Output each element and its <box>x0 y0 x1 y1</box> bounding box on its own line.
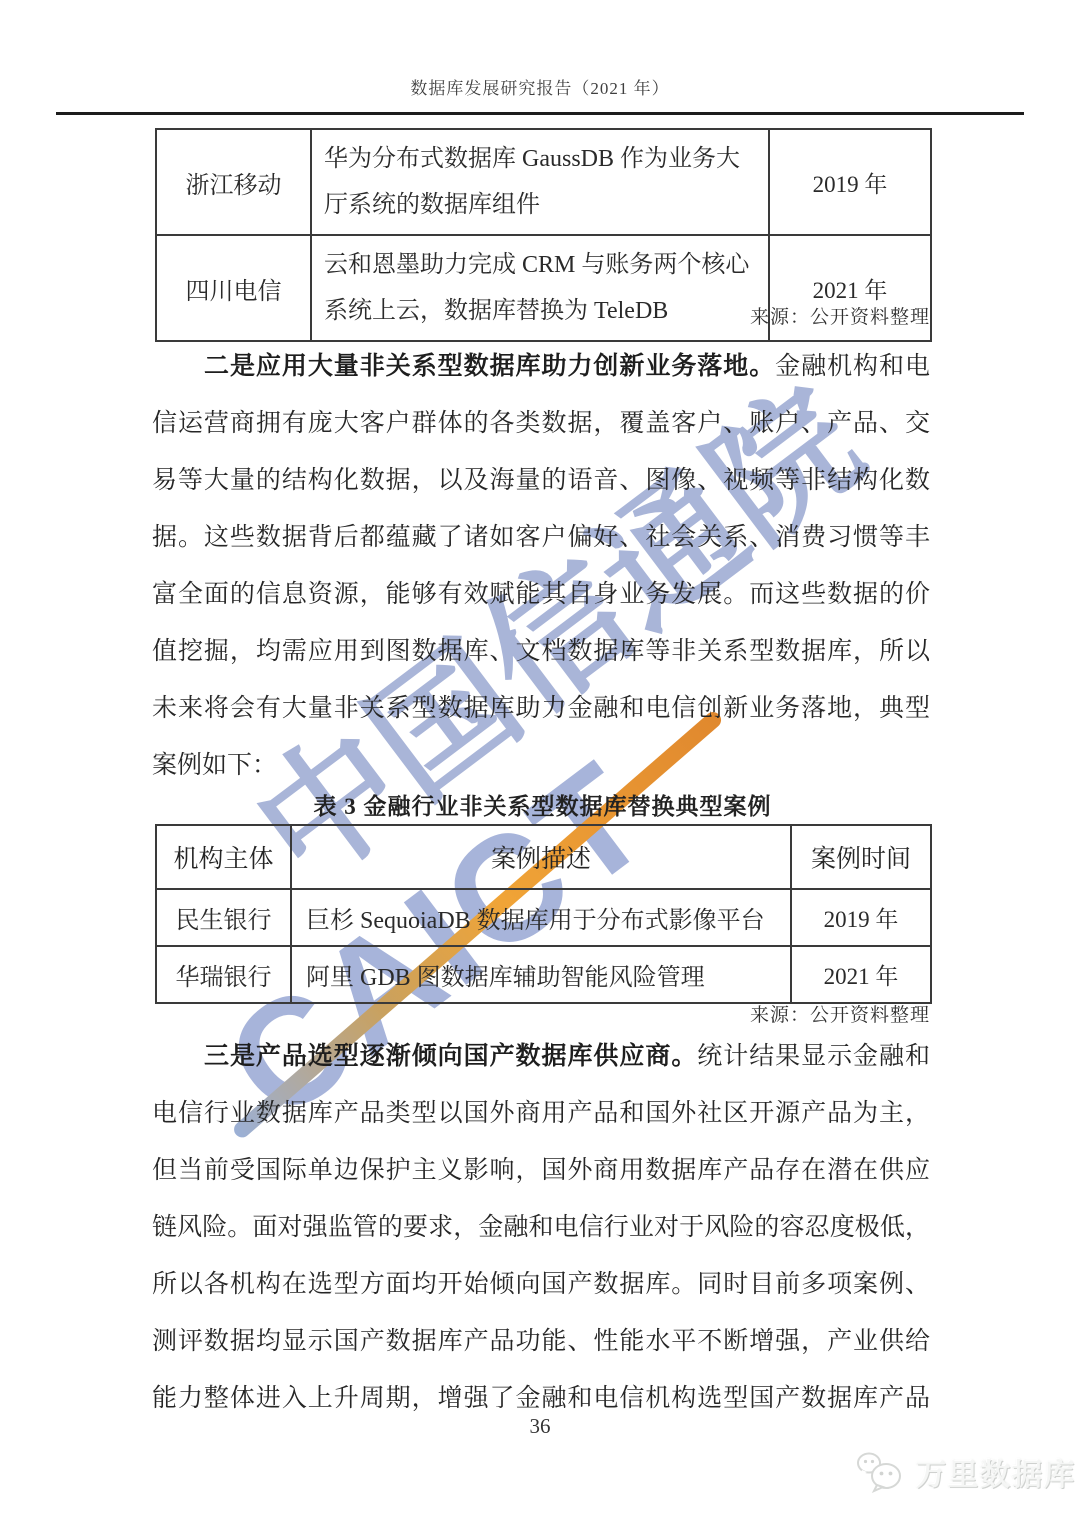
report-page: 数据库发展研究报告（2021 年） 浙江移动 华为分布式数据库 GaussDB … <box>0 0 1080 1528</box>
wechat-icon <box>856 1451 906 1493</box>
header-rule <box>56 112 1024 115</box>
column-header-time: 案例时间 <box>791 825 931 889</box>
org-cell: 四川电信 <box>156 235 311 341</box>
paragraph-domestic-db: 三是产品选型逐渐倾向国产数据库供应商。统计结果显示金融和 电信行业数据库产品类型… <box>152 1028 930 1427</box>
case-desc-cell: 华为分布式数据库 GaussDB 作为业务大厅系统的数据库组件 <box>311 129 769 235</box>
paragraph-line: 易等大量的结构化数据，以及海量的语音、图像、视频等非结构化数 <box>152 452 930 509</box>
table-row: 浙江移动 华为分布式数据库 GaussDB 作为业务大厅系统的数据库组件 201… <box>156 129 931 235</box>
case-desc-cell: 阿里 GDB 图数据库辅助智能风险管理 <box>291 946 791 1003</box>
paragraph-text: 统计结果显示金融和 <box>697 1043 930 1070</box>
org-cell: 民生银行 <box>156 889 291 946</box>
paragraph-line: 测评数据均显示国产数据库产品功能、性能水平不断增强，产业供给 <box>152 1313 930 1370</box>
paragraph-line: 值挖掘，均需应用到图数据库、文档数据库等非关系型数据库，所以 <box>152 623 930 680</box>
paragraph-line: 电信行业数据库产品类型以国外商用产品和国外社区开源产品为主， <box>152 1085 930 1142</box>
table-header-row: 机构主体 案例描述 案例时间 <box>156 825 931 889</box>
paragraph-line: 所以各机构在选型方面均开始倾向国产数据库。同时目前多项案例、 <box>152 1256 930 1313</box>
paragraph-line: 三是产品选型逐渐倾向国产数据库供应商。统计结果显示金融和 <box>152 1028 930 1085</box>
paragraph-lead-bold: 三是产品选型逐渐倾向国产数据库供应商。 <box>204 1042 697 1070</box>
paragraph-line: 案例如下： <box>152 737 930 794</box>
paragraph-line: 链风险。面对强监管的要求，金融和电信行业对于风险的容忍度极低， <box>152 1199 930 1256</box>
column-header-desc: 案例描述 <box>291 825 791 889</box>
source-note: 来源：公开资料整理 <box>750 302 930 329</box>
table-row: 华瑞银行 阿里 GDB 图数据库辅助智能风险管理 2021 年 <box>156 946 931 1003</box>
case-desc-cell: 巨杉 SequoiaDB 数据库用于分布式影像平台 <box>291 889 791 946</box>
paragraph-line: 未来将会有大量非关系型数据库助力金融和电信创新业务落地，典型 <box>152 680 930 737</box>
table-row: 民生银行 巨杉 SequoiaDB 数据库用于分布式影像平台 2019 年 <box>156 889 931 946</box>
case-desc-cell: 云和恩墨助力完成 CRM 与账务两个核心系统上云，数据库替换为 TeleDB <box>311 235 769 341</box>
paragraph-nonrelational-db: 二是应用大量非关系型数据库助力创新业务落地。金融机构和电 信运营商拥有庞大客户群… <box>152 338 930 794</box>
page-number: 36 <box>0 1414 1080 1439</box>
page-header-title: 数据库发展研究报告（2021 年） <box>0 74 1080 99</box>
case-time-cell: 2019 年 <box>769 129 931 235</box>
paragraph-text: 金融机构和电 <box>775 353 930 380</box>
paragraph-line: 但当前受国际单边保护主义影响，国外商用数据库产品存在潜在供应 <box>152 1142 930 1199</box>
brand-logo: 万里数据库 <box>856 1450 1076 1494</box>
source-note: 来源：公开资料整理 <box>750 1000 930 1027</box>
paragraph-line: 据。这些数据背后都蕴藏了诸如客户偏好、社会关系、消费习惯等丰 <box>152 509 930 566</box>
paragraph-line: 富全面的信息资源，能够有效赋能其自身业务发展。而这些数据的价 <box>152 566 930 623</box>
paragraph-line: 二是应用大量非关系型数据库助力创新业务落地。金融机构和电 <box>152 338 930 395</box>
case-time-cell: 2021 年 <box>791 946 931 1003</box>
finance-cases-table: 机构主体 案例描述 案例时间 民生银行 巨杉 SequoiaDB 数据库用于分布… <box>155 824 932 1004</box>
paragraph-lead-bold: 二是应用大量非关系型数据库助力创新业务落地。 <box>204 352 775 380</box>
org-cell: 华瑞银行 <box>156 946 291 1003</box>
paragraph-line: 信运营商拥有庞大客户群体的各类数据，覆盖客户、账户、产品、交 <box>152 395 930 452</box>
org-cell: 浙江移动 <box>156 129 311 235</box>
column-header-org: 机构主体 <box>156 825 291 889</box>
case-time-cell: 2019 年 <box>791 889 931 946</box>
table3-caption: 表 3 金融行业非关系型数据库替换典型案例 <box>155 788 930 821</box>
brand-name: 万里数据库 <box>916 1450 1076 1494</box>
